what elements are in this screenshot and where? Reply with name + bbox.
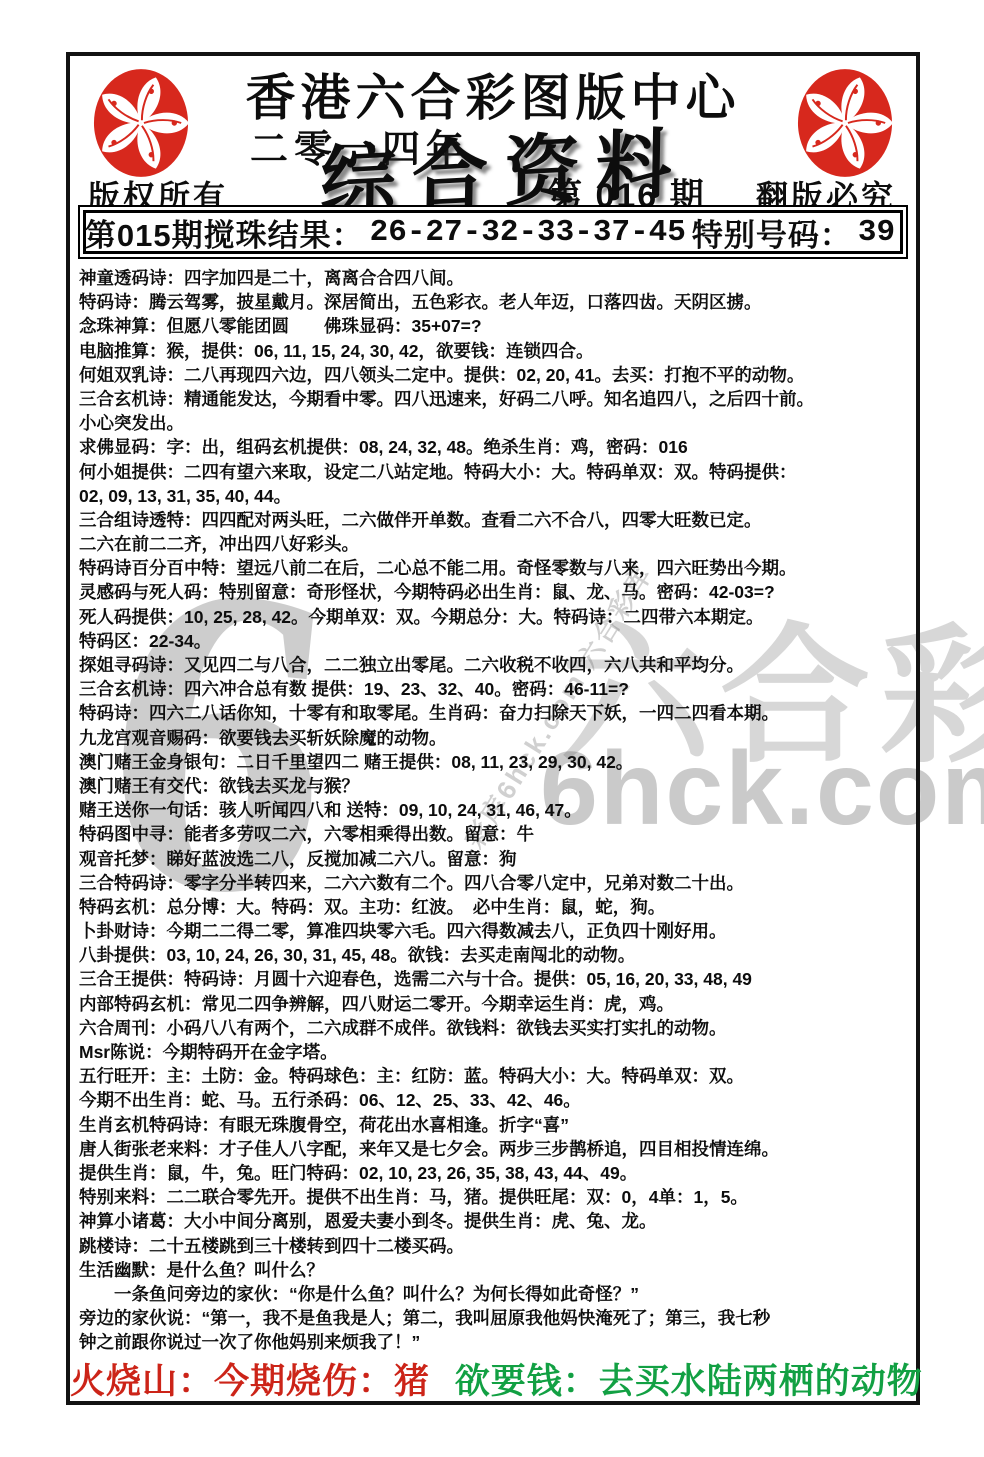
body-line: 神算小诸葛：大小中间分离别，恩爱夫妻小到冬。提供生肖：虎、兔、龙。 — [79, 1209, 911, 1233]
body-line: 念珠神算：但愿八零能团圆 佛珠显码：35+07=? — [79, 314, 911, 338]
body-line: 特码诗百分百中特：望远八前二在后，二心总不能二用。奇怪零数与八来，四六旺势出今期… — [79, 556, 911, 580]
body-line: 卜卦财诗：今期二二得二零，算准四块零六毛。四六得数减去八，正负四十刚好用。 — [79, 919, 911, 943]
body-line: 观音托梦：睇好蓝波选二八，反搅加减二六八。留意：狗 — [79, 847, 911, 871]
body-line: 三合特码诗：零字分半转四来，二六六数有二个。四八合零八定中，兄弟对数二十出。 — [79, 871, 911, 895]
body-line: 今期不出生肖：蛇、马。五行杀码：06、12、25、33、42、46。 — [79, 1088, 911, 1112]
body-line: 生肖玄机特码诗：有眼无珠腹骨空，荷花出水喜相逢。折字“喜” — [79, 1113, 911, 1137]
body-line: 澳门赌王金身银句：二日千里望四二 赌王提供：08, 11, 23, 29, 30… — [79, 750, 911, 774]
body-line: 特码玄机：总分博：大。特码：双。主功：红波。 必中生肖：鼠，蛇，狗。 — [79, 895, 911, 919]
footer-red-text: 火烧山：今期烧伤：猪 — [70, 1362, 430, 1401]
body-line: 小心突发出。 — [79, 411, 911, 435]
body-line: 何姐双乳诗：二八再现四六边，四八领头二定中。提供：02, 20, 41。去买：打… — [79, 363, 911, 387]
body-line: 死人码提供：10, 25, 28, 42。今期单双：双。今期总分：大。特码诗：二… — [79, 605, 911, 629]
bauhinia-flag-icon — [92, 62, 190, 184]
footer-tip-line: 火烧山：今期烧伤：猪 欲要钱：去买水陆两栖的动物 — [70, 1354, 916, 1404]
body-line: 02, 09, 13, 31, 35, 40, 44。 — [79, 484, 911, 508]
body-line: 一条鱼问旁边的家伙：“你是什么鱼？叫什么？为何长得如此奇怪？” — [79, 1282, 911, 1306]
body-line: 特码区：22-34。 — [79, 629, 911, 653]
body-line: Msr陈说：今期特码开在金字塔。 — [79, 1040, 911, 1064]
body-line: 三合王提供：特码诗：月圆十六迎春色，选需二六与十合。提供：05, 16, 20,… — [79, 967, 911, 991]
body-line: 特码诗：四六二八话你知，十零有和取零尾。生肖码：奋力扫除天下妖，一四二四看本期。 — [79, 701, 911, 725]
body-line: 澳门赌王有交代：欲钱去买龙与猴？ — [79, 774, 911, 798]
special-number-label: 特别号码： — [692, 210, 852, 255]
body-line: 求佛显码：字：出，组码玄机提供：08, 24, 32, 48。绝杀生肖：鸡，密码… — [79, 435, 911, 459]
lottery-flyer-page: 6 六合彩库 6hck.com 彩库6hck.com 六合彩库 — [0, 0, 984, 1457]
body-line: 特码诗：腾云驾雾，披星戴月。深居简出，五色彩衣。老人年迈，口落四齿。天阴区掳。 — [79, 290, 911, 314]
body-line: 三合玄机诗：精通能发达，今期看中零。四八迅速来，好码二八呼。知名追四八，之后四十… — [79, 387, 911, 411]
body-line: 提供生肖：鼠，牛，兔。旺门特码：02, 10, 23, 26, 35, 38, … — [79, 1161, 911, 1185]
body-line: 赌王送你一句话：骇人听闻四八和 送特：09, 10, 24, 31, 46, 4… — [79, 798, 911, 822]
footer-green-text: 欲要钱：去买水陆两栖的动物 — [455, 1362, 923, 1401]
body-line: 跳楼诗：二十五楼跳到三十楼转到四十二楼买码。 — [79, 1234, 911, 1258]
result-label: 第015期搅珠结果： — [85, 210, 364, 255]
body-line: 电脑推算：猴，提供：06, 11, 15, 24, 30, 42，欲要钱：连锁四… — [79, 339, 911, 363]
body-line: 神童透码诗：四字加四是二十，离离合合四八间。 — [79, 266, 911, 290]
body-line: 三合玄机诗：四六冲合总有数 提供：19、23、32、40。密码：46-11=? — [79, 677, 911, 701]
body-line: 二六在前二二齐，冲出四八好彩头。 — [79, 532, 911, 556]
body-line: 九龙宫观音赐码：欲要钱去买斩妖除魔的动物。 — [79, 726, 911, 750]
body-line: 旁边的家伙说：“第一，我不是鱼我是人；第二，我叫屈原我他妈快淹死了；第三，我七秒 — [79, 1306, 911, 1330]
body-line: 内部特码玄机：常见二四争辨解，四八财运二零开。今期幸运生肖：虎，鸡。 — [79, 992, 911, 1016]
body-line: 生活幽默：是什么鱼？叫什么？ — [79, 1258, 911, 1282]
body-lines: 神童透码诗：四字加四是二十，离离合合四八间。特码诗：腾云驾雾，披星戴月。深居简出… — [79, 266, 911, 1354]
special-number-value: 39 — [858, 215, 895, 250]
body-line: 六合周刊：小码八八有两个，二六成群不成伴。欲钱料：欲钱去买实打实扎的动物。 — [79, 1016, 911, 1040]
bauhinia-flag-icon — [796, 62, 894, 184]
result-numbers: 26-27-32-33-37-45 — [370, 215, 686, 250]
body-line: 特别来料：二二联合零先开。提供不出生肖：马，猪。提供旺尾：双：0，4单：1，5。 — [79, 1185, 911, 1209]
previous-result-box: 第015期搅珠结果： 26-27-32-33-37-45 特别号码： 39 — [78, 205, 908, 259]
body-line: 唐人街张老来料：才子佳人八字配，来年又是七夕会。两步三步鹊桥追，四目相投情连绵。 — [79, 1137, 911, 1161]
body-line: 八卦提供：03, 10, 24, 26, 30, 31, 45, 48。欲钱：去… — [79, 943, 911, 967]
body-line: 灵感码与死人码：特别留意：奇形怪状，今期特码必出生肖：鼠、龙、马。密码：42-0… — [79, 580, 911, 604]
body-line: 探姐寻码诗：又见四二与八合，二二独立出零尾。二六收税不收四，六八共和平均分。 — [79, 653, 911, 677]
body-line: 何小姐提供：二四有望六来取，设定二八站定地。特码大小：大。特码单双：双。特码提供… — [79, 460, 911, 484]
body-line: 三合组诗透特：四四配对两头旺，二六做伴开单数。查看二六不合八，四零大旺数已定。 — [79, 508, 911, 532]
body-line: 特码图中寻：能者多劳叹二六，六零相乘得出数。留意：牛 — [79, 822, 911, 846]
body-line: 五行旺开：主：土防：金。特码球色：主：红防：蓝。特码大小：大。特码单双：双。 — [79, 1064, 911, 1088]
body-line: 钟之前跟你说过一次了你他妈别来烦我了！” — [79, 1330, 911, 1354]
